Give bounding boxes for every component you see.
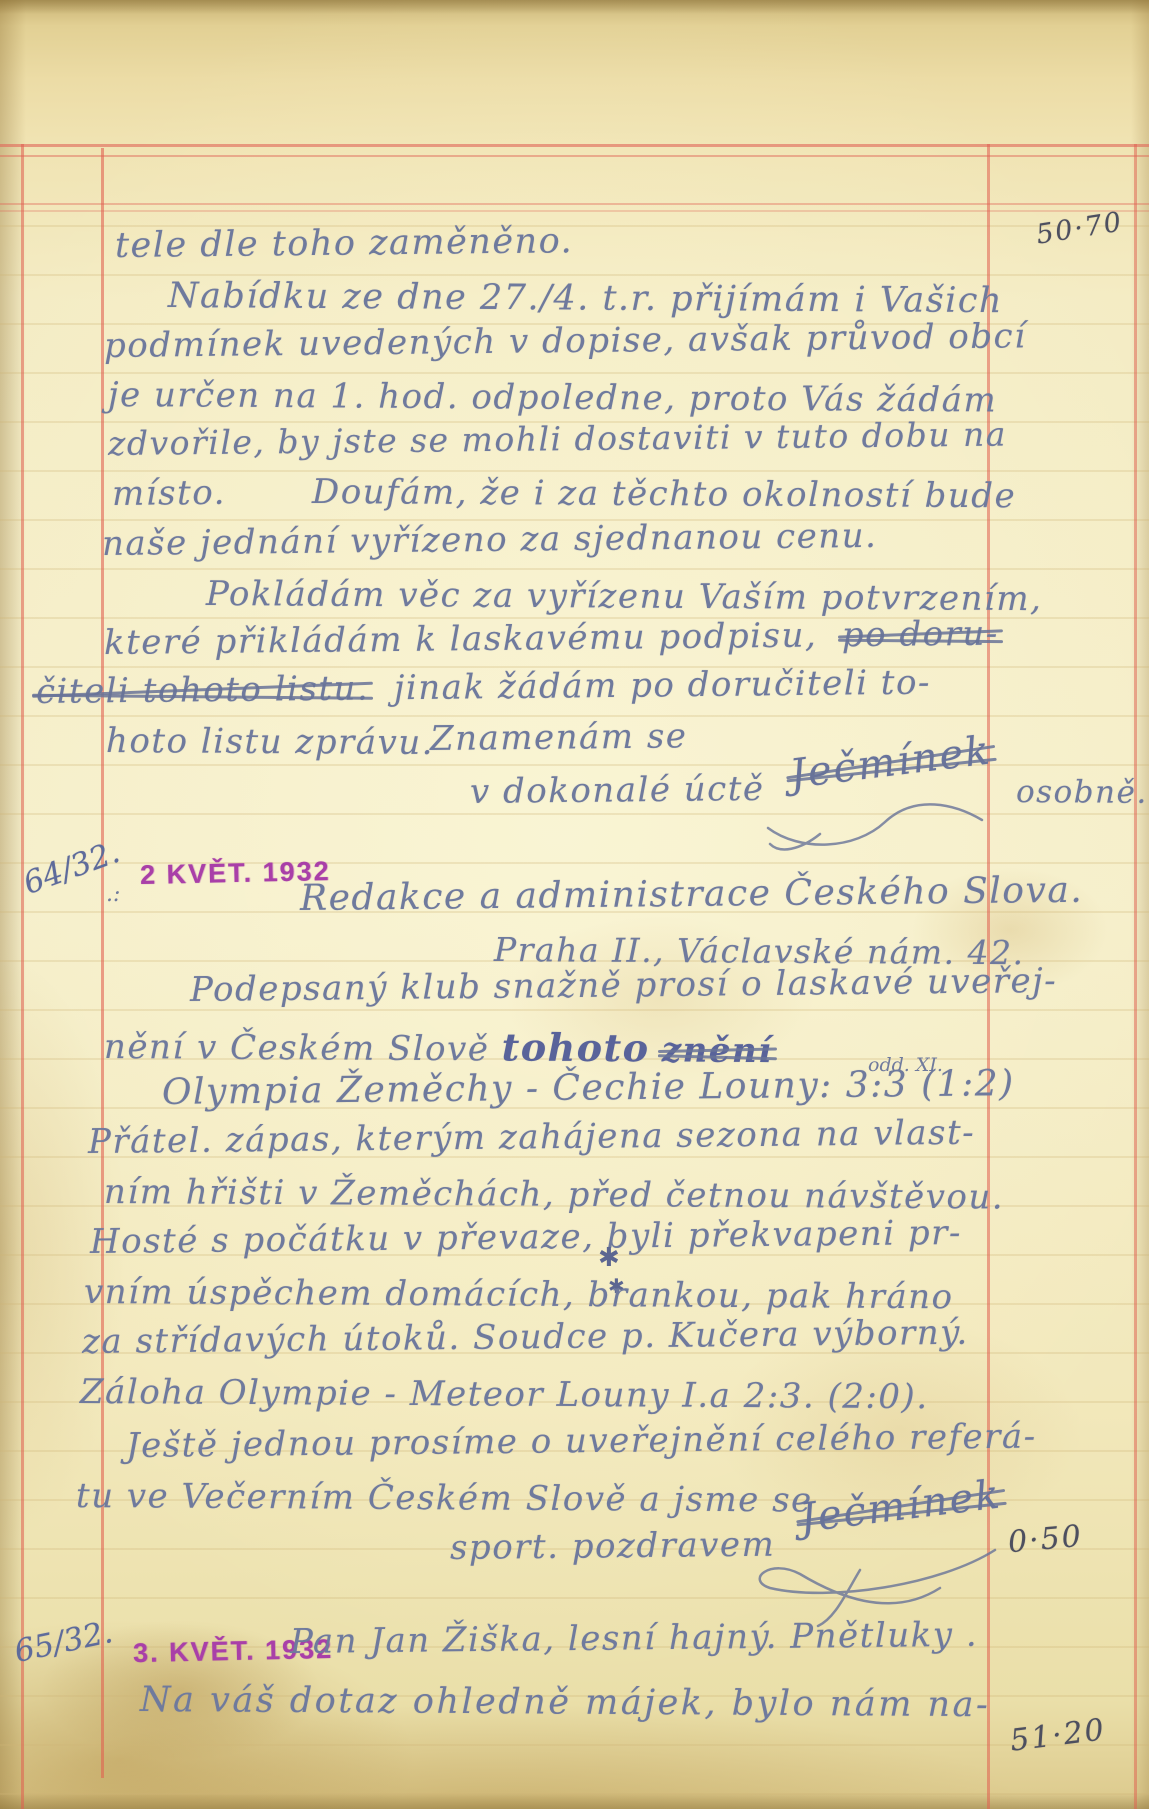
- red-rule-horizontal-3: [0, 203, 1149, 205]
- amount-middle-right: 0·50: [1007, 1519, 1085, 1560]
- entry64-body-line1: Podepsaný klub snažně prosí o laskavé uv…: [190, 961, 1058, 1010]
- ledger-page: 50·70 0·50 51·20 tele dle toho zaměněno.…: [0, 0, 1149, 1809]
- letter63-crossed-out-signature: Ječmínek: [787, 727, 994, 797]
- entry64-crossed-out-signature: Ječmínek: [797, 1471, 1004, 1541]
- entry64-body-line4: Přátel. zápas, kterým zahájena sezona na…: [88, 1113, 976, 1162]
- entry65-body-line1: Na váš dotaz ohledně májek, bylo nám na-: [140, 1680, 990, 1725]
- letter63-line9-text: které přikládám k laskavému podpisu,: [104, 616, 818, 663]
- letter63-line6-doufam: Doufám, že i za těchto okolností bude: [312, 472, 1016, 516]
- red-rule-horizontal-4: [0, 210, 1149, 212]
- red-rule-vertical-right-outer: [1134, 144, 1137, 1809]
- entry64-body-line7: vním úspěchem domácích, brankou, pak hrá…: [84, 1272, 954, 1317]
- page-edge-top: [0, 0, 1149, 14]
- entry64-body-line3-match-result: Olympia Žeměchy - Čechie Louny: 3:3 (1:2…: [162, 1063, 1015, 1113]
- amount-bottom-right: 51·20: [1008, 1712, 1107, 1758]
- entry64-body-line5: ním hřišti v Žeměchách, před četnou návš…: [104, 1172, 1004, 1217]
- entry64-body-line2-bold-word: tohoto: [502, 1024, 650, 1070]
- letter63-line4: je určen na 1. hod. odpoledne, proto Vás…: [108, 375, 997, 420]
- letter63-signature-text: Ječmínek: [787, 727, 994, 797]
- entry64-body-line11: tu ve Večerním Českém Slově a jsme se: [76, 1476, 813, 1520]
- insertion-asterisk-mark-1: ✱: [598, 1243, 620, 1273]
- signature-flourish-1: [760, 800, 990, 855]
- entry64-body-line8: za střídavých útoků. Soudce p. Kučera vý…: [82, 1313, 969, 1362]
- entry64-signature-text: Ječmínek: [797, 1471, 1004, 1541]
- entry64-body-line9-reserve-result: Záloha Olympie - Meteor Louny I.a 2:3. (…: [80, 1372, 929, 1417]
- entry64-body-line2-text: nění v Českém Slově: [104, 1027, 490, 1069]
- entry64-body-line12-closing: sport. pozdravem: [450, 1525, 776, 1568]
- letter63-line1: tele dle toho zaměněno.: [115, 221, 574, 266]
- red-rule-horizontal-2: [0, 155, 1149, 157]
- letter63-line9: které přikládám k laskavému podpisu, po …: [104, 614, 999, 663]
- entry64-addressee-line1: Redakce a administrace Českého Slova.: [300, 870, 1084, 919]
- amount-top-right: 50·70: [1034, 206, 1125, 250]
- letter63-line5: zdvořile, by jste se mohli dostaviti v t…: [108, 415, 1007, 463]
- red-rule-horizontal-1: [0, 144, 1149, 147]
- entry64-body-line6: Hosté s počátku v převaze, byli překvape…: [90, 1213, 962, 1262]
- entry64-margin-dots: .:: [106, 882, 120, 907]
- letter63-line8: Pokládám věc za vyřízenu Vaším potvrzení…: [206, 574, 1043, 619]
- letter63-line6-misto: místo.: [112, 473, 226, 514]
- red-rule-vertical-left-inner: [101, 148, 104, 1778]
- letter63-line10-struck-text: čiteli tohoto listu.: [36, 669, 370, 712]
- letter63-osobne: osobně.: [1016, 774, 1148, 811]
- letter63-line10-text: jinak žádám po doručiteli to-: [394, 663, 931, 709]
- letter63-line9-struck-text: po doru-: [842, 614, 999, 656]
- entry64-body-line10: Ještě jednou prosíme o uveřejnění celého…: [126, 1416, 1037, 1466]
- entry64-body-line2: nění v Českém Slově tohoto znění: [104, 1022, 773, 1071]
- red-rule-vertical-left-outer: [21, 144, 24, 1809]
- entry65-addressee: Pan Jan Žiška, lesní hajný. Pnětluky .: [290, 1615, 978, 1662]
- letter63-line2: Nabídku ze dne 27./4. t.r. přijímám i Va…: [168, 276, 1003, 321]
- page-edge-bottom: [0, 1793, 1149, 1809]
- page-edge-left: [0, 0, 26, 1809]
- entry65-margin-number: 65/32.: [11, 1614, 116, 1670]
- letter63-line7: naše jednání vyřízeno za sjednanou cenu.: [102, 516, 878, 564]
- letter63-line3: podmínek uvedených v dopise, avšak průvo…: [104, 316, 1027, 366]
- letter63-line12-ucta: v dokonalé úctě: [470, 769, 765, 812]
- page-edge-right: [1131, 0, 1149, 1809]
- letter63-line10: čiteli tohoto listu. jinak žádám po doru…: [36, 663, 931, 712]
- letter63-line11-znamenam: Znamenám se: [430, 716, 688, 759]
- letter63-line11-hoto: hoto listu zprávu.: [106, 721, 434, 763]
